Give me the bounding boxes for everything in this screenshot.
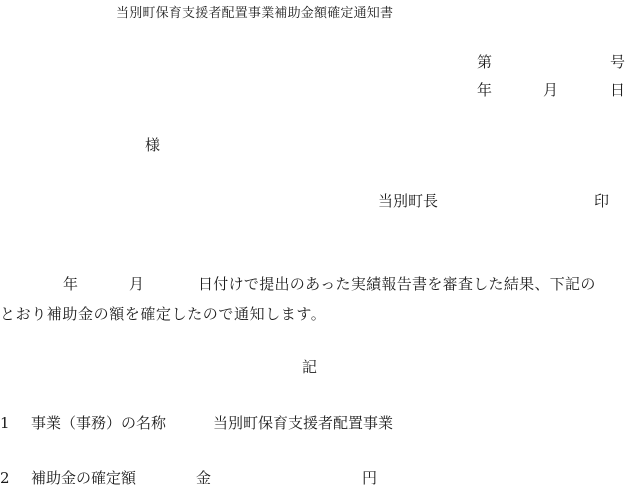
reference-number-suffix: 号 [610, 55, 625, 70]
date-year: 年 [477, 83, 492, 98]
issuer-seal: 印 [594, 194, 609, 209]
item-2-amount-prefix: 金 [196, 471, 211, 486]
recipient-suffix: 様 [145, 138, 160, 153]
date-day: 日 [610, 83, 625, 98]
body-line2: とおり補助金の額を確定したので通知します。 [0, 307, 326, 322]
ki-heading: 記 [302, 360, 317, 375]
body-line1: 日付けで提出のあった実績報告書を審査した結果、下記の [198, 277, 596, 292]
document-title: 当別町保育支援者配置事業補助金額確定通知書 [116, 7, 393, 20]
issuer-name: 当別町長 [378, 194, 438, 209]
item-1-value: 当別町保育支援者配置事業 [213, 416, 393, 431]
item-2-amount-suffix: 円 [362, 471, 377, 486]
item-1-label: 事業（事務）の名称 [31, 416, 166, 431]
item-2-number: 2 [0, 471, 10, 486]
item-1-number: 1 [0, 416, 10, 431]
item-2-label: 補助金の確定額 [31, 471, 136, 486]
body-month: 月 [129, 277, 144, 292]
body-year: 年 [63, 277, 78, 292]
date-month: 月 [543, 83, 558, 98]
reference-number-prefix: 第 [477, 55, 492, 70]
